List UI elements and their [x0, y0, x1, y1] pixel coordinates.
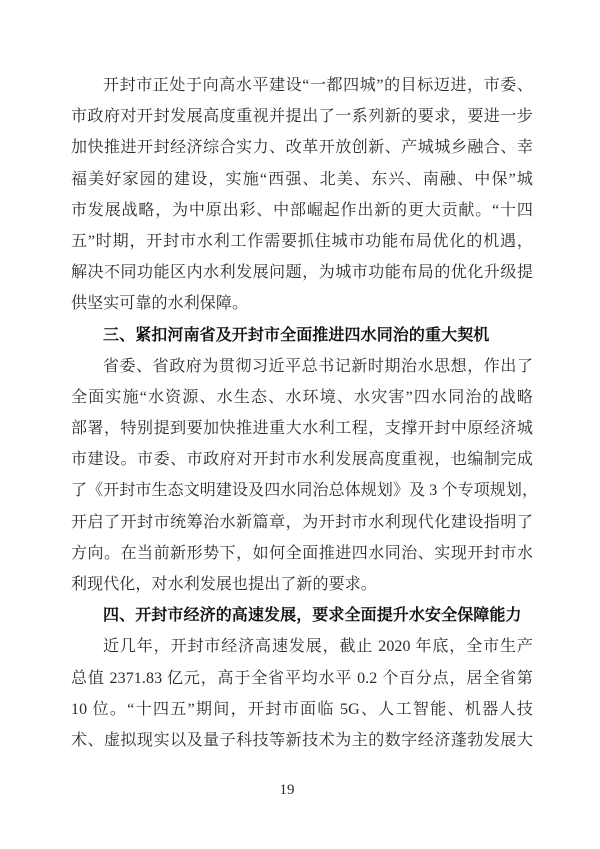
text-line: 解决不同功能区内水利发展问题，为城市功能布局的优化升级提 — [71, 257, 533, 288]
paragraph-1: 开封市正处于向高水平建设“一都四城”的目标迈进，市委、市政府对开封发展高度重视并… — [71, 70, 533, 320]
text-line: 市政府对开封发展高度重视并提出了一系列新的要求，要进一步 — [71, 101, 533, 132]
document-body: 开封市正处于向高水平建设“一都四城”的目标迈进，市委、市政府对开封发展高度重视并… — [71, 70, 533, 756]
text-line: 供坚实可靠的水利保障。 — [71, 288, 533, 319]
text-line: 市建设。市委、市政府对开封市水利发展高度重视，也编制完成 — [71, 444, 533, 475]
text-line: 部署，特别提到要加快推进重大水利工程，支撑开封中原经济城 — [71, 413, 533, 444]
heading-section-4: 四、开封市经济的高速发展，要求全面提升水安全保障能力 — [71, 600, 533, 631]
text-line: 五”时期，开封市水利工作需要抓住城市功能布局优化的机遇， — [71, 226, 533, 257]
text-line: 近几年，开封市经济高速发展，截止 2020 年底，全市生产 — [71, 631, 533, 662]
text-line: 加快推进开封经济综合实力、改革开放创新、产城城乡融合、幸 — [71, 132, 533, 163]
text-line: 了《开封市生态文明建设及四水同治总体规划》及 3 个专项规划， — [71, 475, 533, 506]
page-number: 19 — [0, 782, 574, 799]
text-line: 总值 2371.83 亿元，高于全省平均水平 0.2 个百分点，居全省第 — [71, 663, 533, 694]
heading-section-3: 三、紧扣河南省及开封市全面推进四水同治的重大契机 — [71, 320, 533, 351]
text-line: 全面实施“水资源、水生态、水环境、水灾害”四水同治的战略 — [71, 382, 533, 413]
text-line: 方向。在当前新形势下，如何全面推进四水同治、实现开封市水 — [71, 538, 533, 569]
text-line: 开封市正处于向高水平建设“一都四城”的目标迈进，市委、 — [71, 70, 533, 101]
text-line: 省委、省政府为贯彻习近平总书记新时期治水思想，作出了 — [71, 351, 533, 382]
text-line: 福美好家园的建设，实施“西强、北美、东兴、南融、中保”城 — [71, 164, 533, 195]
text-line: 开启了开封市统筹治水新篇章，为开封市水利现代化建设指明了 — [71, 507, 533, 538]
text-line: 利现代化，对水利发展也提出了新的要求。 — [71, 569, 533, 600]
text-line: 10 位。“十四五”期间，开封市面临 5G、人工智能、机器人技 — [71, 694, 533, 725]
document-page: 开封市正处于向高水平建设“一都四城”的目标迈进，市委、市政府对开封发展高度重视并… — [0, 0, 600, 849]
text-line: 术、虚拟现实以及量子科技等新技术为主的数字经济蓬勃发展大 — [71, 725, 533, 756]
text-line: 市发展战略，为中原出彩、中部崛起作出新的更大贡献。“十四 — [71, 195, 533, 226]
paragraph-2: 省委、省政府为贯彻习近平总书记新时期治水思想，作出了全面实施“水资源、水生态、水… — [71, 351, 533, 601]
paragraph-3: 近几年，开封市经济高速发展，截止 2020 年底，全市生产总值 2371.83 … — [71, 631, 533, 756]
